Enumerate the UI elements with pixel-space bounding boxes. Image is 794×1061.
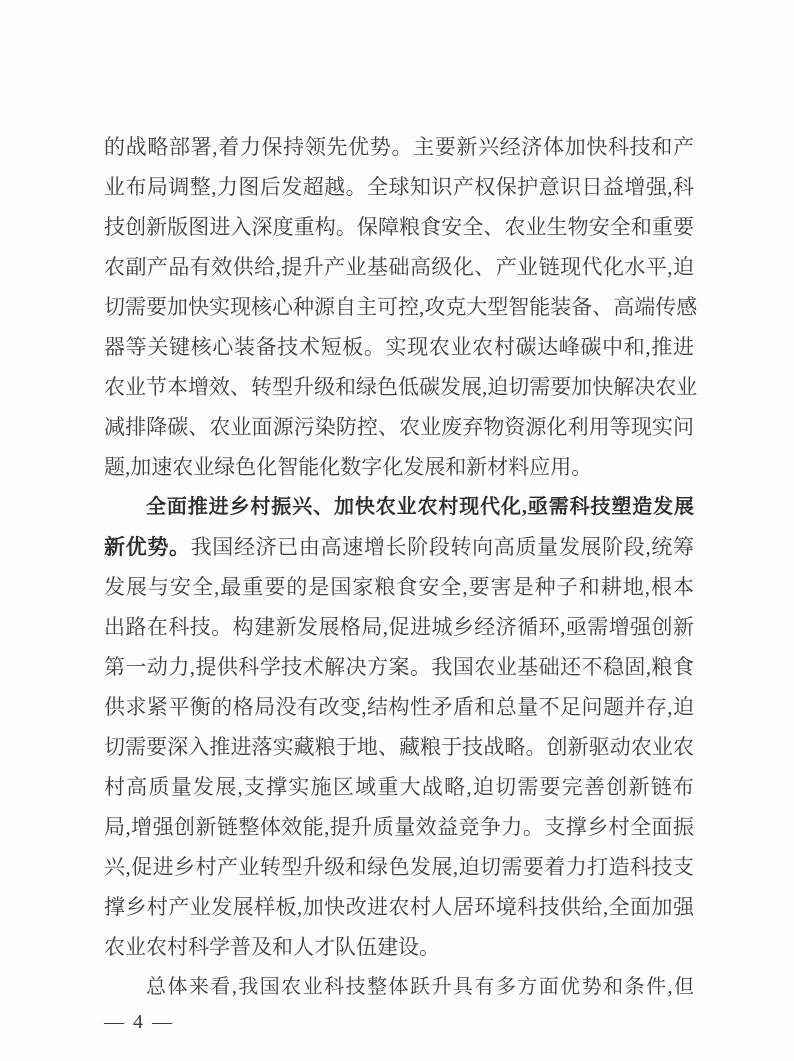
text-line: 兴,促进乡村产业转型升级和绿色发展,迫切需要着力打造科技支 [104,847,694,887]
text-line: 技创新版图进入深度重构。保障粮食安全、农业生物安全和重要 [104,207,694,247]
text-line: 的战略部署,着力保持领先优势。主要新兴经济体加快科技和产 [104,127,694,167]
text-line: 农业农村科学普及和人才队伍建设。 [104,927,694,967]
text-line: 局,增强创新链整体效能,提升质量效益竞争力。支撑乡村全面振 [104,807,694,847]
bold-heading-text: 新优势。 [104,535,191,559]
text-line: 减排降碳、农业面源污染防控、农业废弃物资源化利用等现实问 [104,407,694,447]
paragraph-heading-line: 全面推进乡村振兴、加快农业农村现代化,亟需科技塑造发展 [104,487,694,527]
document-content: 的战略部署,着力保持领先优势。主要新兴经济体加快科技和产 业布局调整,力图后发超… [104,127,694,1007]
text-line: 出路在科技。构建新发展格局,促进城乡经济循环,亟需增强创新 [104,607,694,647]
text-line: 村高质量发展,支撑实施区域重大战略,迫切需要完善创新链布 [104,767,694,807]
text-line: 器等关键核心装备技术短板。实现农业农村碳达峰碳中和,推进 [104,327,694,367]
text-line: 撑乡村产业发展样板,加快改进农村人居环境科技供给,全面加强 [104,887,694,927]
text-line: 发展与安全,最重要的是国家粮食安全,要害是种子和耕地,根本 [104,567,694,607]
text-line: 供求紧平衡的格局没有改变,结构性矛盾和总量不足问题并存,迫 [104,687,694,727]
text-line: 农业节本增效、转型升级和绿色低碳发展,迫切需要加快解决农业 [104,367,694,407]
text-line: 总体来看,我国农业科技整体跃升具有多方面优势和条件,但 [104,967,694,1007]
document-page: 的战略部署,着力保持领先优势。主要新兴经济体加快科技和产 业布局调整,力图后发超… [0,0,794,1061]
text-line: 农副产品有效供给,提升产业基础高级化、产业链现代化水平,迫 [104,247,694,287]
page-number: — 4 — [104,1004,174,1040]
text-line: 题,加速农业绿色化智能化数字化发展和新材料应用。 [104,447,694,487]
bold-heading-text: 全面推进乡村振兴、加快农业农村现代化,亟需科技塑造发展 [146,496,694,518]
text-line: 第一动力,提供科学技术解决方案。我国农业基础还不稳固,粮食 [104,647,694,687]
text-line: 切需要深入推进落实藏粮于地、藏粮于技战略。创新驱动农业农 [104,727,694,767]
text-line: 切需要加快实现核心种源自主可控,攻克大型智能装备、高端传感 [104,287,694,327]
body-text: 我国经济已由高速增长阶段转向高质量发展阶段,统筹 [191,535,694,559]
text-line: 新优势。我国经济已由高速增长阶段转向高质量发展阶段,统筹 [104,527,694,567]
text-line: 业布局调整,力图后发超越。全球知识产权保护意识日益增强,科 [104,167,694,207]
